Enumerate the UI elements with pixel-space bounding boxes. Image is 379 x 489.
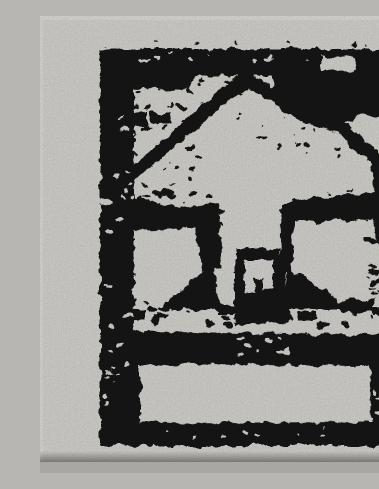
- scanned-print-photo: [40, 16, 379, 473]
- artwork-canvas: [40, 16, 379, 473]
- scan-background-bottom: [40, 462, 379, 473]
- paper-grain-texture: [40, 16, 379, 473]
